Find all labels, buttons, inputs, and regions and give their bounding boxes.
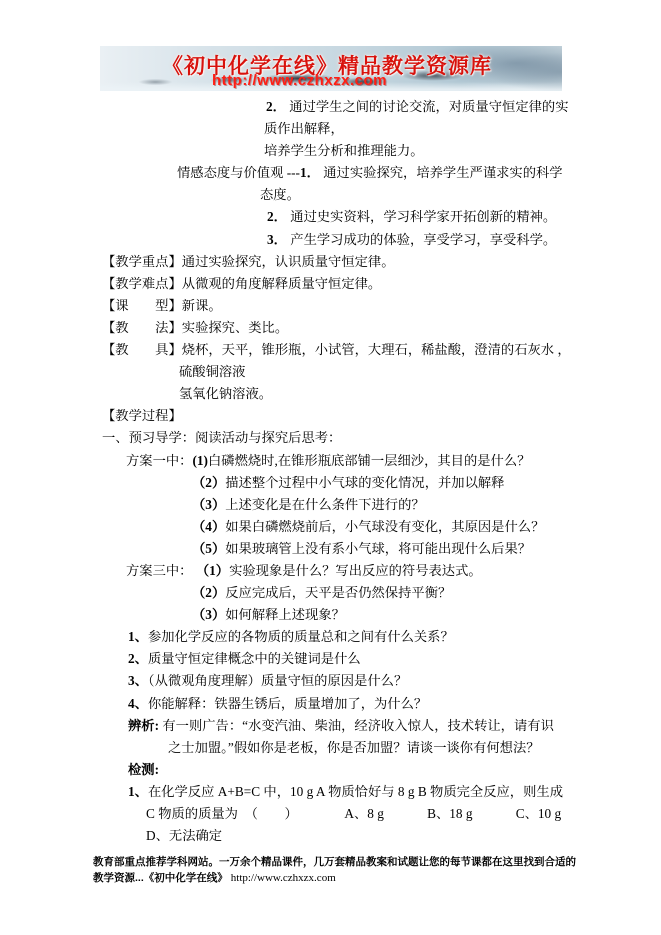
text-line: 3、（从微观角度理解）质量守恒的原因是什么？ — [102, 670, 612, 692]
text-line: 2． 通过学生之间的讨论交流，对质量守恒定律的实 — [102, 96, 612, 118]
text-line: （2）描述整个过程中小气球的变化情况，并加以解释 — [102, 472, 612, 494]
footer-line-1: 教育部重点推荐学科网站。一万余个精品课件，几万套精品教案和试题让您的每节课都在这… — [93, 855, 593, 871]
footer-line-2: 教学资源...《初中化学在线》http://www.czhxzx.com — [93, 871, 593, 887]
text-line: （4）如果白磷燃烧前后，小气球没有变化，其原因是什么？ — [102, 516, 612, 538]
text-line: 一、预习导学：阅读活动与探究后思考： — [102, 427, 612, 449]
text-line: D、无法确定 — [102, 825, 612, 847]
text-line: 【课 型】新课。 — [102, 295, 612, 317]
document-body: 2． 通过学生之间的讨论交流，对质量守恒定律的实质作出解释，培养学生分析和推理能… — [102, 96, 612, 847]
text-line: 检测: — [102, 759, 612, 781]
text-line: 4、你能解释：铁器生锈后，质量增加了，为什么？ — [102, 693, 612, 715]
text-line: 氢氧化钠溶液。 — [102, 383, 612, 405]
text-line: 情感态度与价值观 ---1． 通过实验探究，培养学生严谨求实的科学 — [102, 162, 612, 184]
text-line: 【教学重点】通过实验探究，认识质量守恒定律。 — [102, 251, 612, 273]
text-line: 【教 具】烧杯，天平，锥形瓶，小试管，大理石，稀盐酸，澄清的石灰水 ， — [102, 339, 612, 361]
text-line: 态度。 — [102, 184, 612, 206]
text-line: 之士加盟。”假如你是老板，你是否加盟？请谈一谈你有何想法？ — [102, 737, 612, 759]
text-line: 【教 法】实验探究、类比。 — [102, 317, 612, 339]
text-line: （2）反应完成后，天平是否仍然保持平衡？ — [102, 582, 612, 604]
text-line: 2、质量守恒定律概念中的关键词是什么 — [102, 648, 612, 670]
text-line: 方案一中：(1)白磷燃烧时,在锥形瓶底部铺一层细沙，其目的是什么？ — [102, 450, 612, 472]
text-line: 【教学难点】从微观的角度解释质量守恒定律。 — [102, 273, 612, 295]
text-line: 2． 通过史实资料，学习科学家开拓创新的精神。 — [102, 206, 612, 228]
text-line: 质作出解释， — [102, 118, 612, 140]
footer-line-2-text: 教学资源...《初中化学在线》 — [93, 872, 228, 884]
text-line: 1、在化学反应 A+B=C 中，10 g A 物质恰好与 8 g B 物质完全反… — [102, 781, 612, 803]
footer: 教育部重点推荐学科网站。一万余个精品课件，几万套精品教案和试题让您的每节课都在这… — [93, 855, 593, 886]
text-line: 【教学过程】 — [102, 405, 612, 427]
text-line: （3）如何解释上述现象？ — [102, 604, 612, 626]
text-line: C 物质的质量为 （ ） A、8 g B、18 g C、10 g — [102, 803, 612, 825]
text-line: （3）上述变化是在什么条件下进行的？ — [102, 494, 612, 516]
text-line: 1、参加化学反应的各物质的质量总和之间有什么关系？ — [102, 626, 612, 648]
document-page: 《初中化学在线》精品教学资源库 http://www.czhxzx.com 2．… — [0, 0, 661, 935]
banner-image: 《初中化学在线》精品教学资源库 http://www.czhxzx.com — [100, 46, 562, 91]
banner-url: http://www.czhxzx.com — [212, 72, 387, 89]
text-line: 辨析: 有一则广告：“水变汽油、柴油，经济收入惊人，技术转让，请有识 — [102, 715, 612, 737]
footer-url: http://www.czhxzx.com — [228, 872, 336, 884]
text-line: （5）如果玻璃管上没有系小气球，将可能出现什么后果？ — [102, 538, 612, 560]
text-line: 方案三中： （1）实验现象是什么？写出反应的符号表达式。 — [102, 560, 612, 582]
text-line: 3． 产生学习成功的体验，享受学习，享受科学。 — [102, 229, 612, 251]
text-line: 硫酸铜溶液 — [102, 361, 612, 383]
text-line: 培养学生分析和推理能力。 — [102, 140, 612, 162]
